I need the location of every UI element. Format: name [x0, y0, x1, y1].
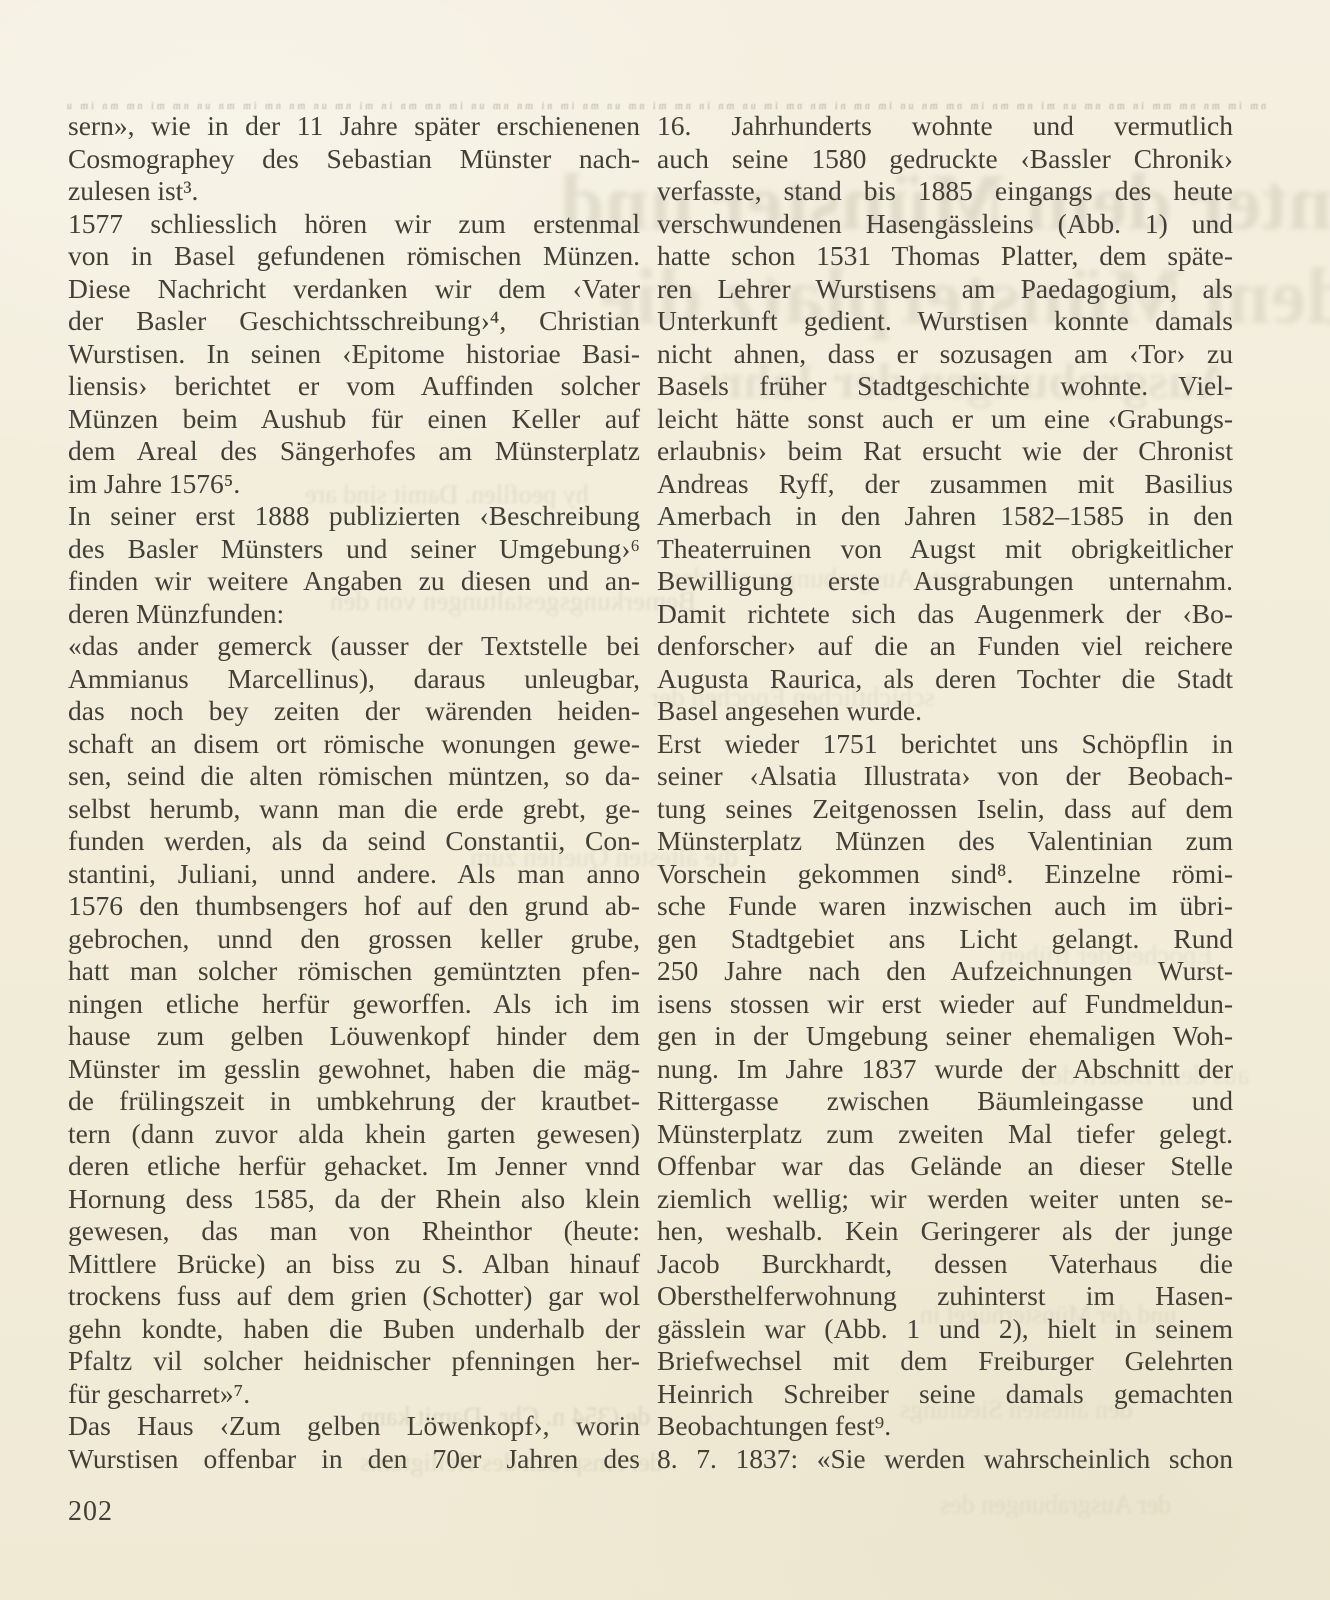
text-line: nicht ahnen, dass er sozusagen am ‹Tor› …: [657, 338, 1233, 371]
text-line: Offenbar war das Gelände an dieser Stell…: [657, 1150, 1233, 1183]
text-line: ziemlich wellig; wir werden weiter unten…: [657, 1183, 1233, 1216]
text-line: sern», wie in der 11 Jahre später erschi…: [68, 110, 640, 143]
text-line: gehn kondte, haben die Buben underhalb d…: [68, 1313, 640, 1346]
text-line: liensis› berichtet er vom Auffinden solc…: [68, 370, 640, 403]
paragraph: Erst wieder 1751 berichtet uns Schöpflin…: [657, 728, 1233, 1443]
text-line: 1576 den thumbsengers hof auf den grund …: [68, 890, 640, 923]
text-line: nung. Im Jahre 1837 wurde der Abschnitt …: [657, 1053, 1233, 1086]
text-line: des Basler Münsters und seiner Umgebung›…: [68, 533, 640, 566]
text-line: Münsterplatz Münzen des Valentinian zum: [657, 825, 1233, 858]
text-line: verschwundenen Hasengässleins (Abb. 1) u…: [657, 208, 1233, 241]
text-line: im Jahre 1576⁵.: [68, 468, 640, 501]
text-line: In seiner erst 1888 publizierten ‹Beschr…: [68, 500, 640, 533]
page-number: 202: [68, 1496, 113, 1528]
text-line: 8. 7. 1837: «Sie werden wahrscheinlich s…: [657, 1443, 1233, 1476]
text-column-right: 16. Jahrhunderts wohnte und vermutlichau…: [657, 110, 1233, 1475]
text-line: de frülingszeit in umbkehrung der krautb…: [68, 1085, 640, 1118]
text-line: für gescharret»⁷.: [68, 1378, 640, 1411]
text-line: trockens fuss auf dem grien (Schotter) g…: [68, 1280, 640, 1313]
text-line: Basel angesehen wurde.: [657, 695, 1233, 728]
text-line: 250 Jahre nach den Aufzeichnungen Wurst-: [657, 955, 1233, 988]
text-line: gen Stadtgebiet ans Licht gelangt. Rund: [657, 923, 1233, 956]
text-line: Briefwechsel mit dem Freiburger Gelehrte…: [657, 1345, 1233, 1378]
text-line: Das Haus ‹Zum gelben Löwenkopf›, worin: [68, 1410, 640, 1443]
text-line: von in Basel gefundenen römischen Münzen…: [68, 240, 640, 273]
text-line: gässlein war (Abb. 1 und 2), hielt in se…: [657, 1313, 1233, 1346]
text-line: Beobachtungen fest⁹.: [657, 1410, 1233, 1443]
text-line: auch seine 1580 gedruckte ‹Bassler Chron…: [657, 143, 1233, 176]
text-line: Münsterplatz zum zweiten Mal tiefer gele…: [657, 1118, 1233, 1151]
text-line: Münzen beim Aushub für einen Keller auf: [68, 403, 640, 436]
text-line: Erst wieder 1751 berichtet uns Schöpflin…: [657, 728, 1233, 761]
paragraph: «das ander gemerck (ausser der Textstell…: [68, 630, 640, 1410]
paragraph: 8. 7. 1837: «Sie werden wahrscheinlich s…: [657, 1443, 1233, 1476]
text-line: «das ander gemerck (ausser der Textstell…: [68, 630, 640, 663]
text-line: Obersthelferwohnung zuhinterst im Hasen-: [657, 1280, 1233, 1313]
text-line: Bewilligung erste Ausgrabungen unternahm…: [657, 565, 1233, 598]
text-line: Cosmographey des Sebastian Münster nach-: [68, 143, 640, 176]
text-column-left: sern», wie in der 11 Jahre später erschi…: [68, 110, 640, 1475]
text-line: 1577 schliesslich hören wir zum erstenma…: [68, 208, 640, 241]
text-line: hatt man solcher römischen gemüntzten pf…: [68, 955, 640, 988]
text-line: Theaterruinen von Augst mit obrigkeitlic…: [657, 533, 1233, 566]
text-line: gen in der Umgebung seiner ehemaligen Wo…: [657, 1020, 1233, 1053]
text-line: funden werden, als da seind Constantii, …: [68, 825, 640, 858]
text-line: Rittergasse zwischen Bäumleingasse und: [657, 1085, 1233, 1118]
text-line: Damit richtete sich das Augenmerk der ‹B…: [657, 598, 1233, 631]
text-line: schaft an disem ort römische wonungen ge…: [68, 728, 640, 761]
text-line: finden wir weitere Angaben zu diesen und…: [68, 565, 640, 598]
text-line: gewesen, das man von Rheinthor (heute:: [68, 1215, 640, 1248]
text-line: Münster im gesslin gewohnet, haben die m…: [68, 1053, 640, 1086]
paragraph: Das Haus ‹Zum gelben Löwenkopf›, worinWu…: [68, 1410, 640, 1475]
text-line: hatte schon 1531 Thomas Platter, dem spä…: [657, 240, 1233, 273]
text-line: tern (dann zuvor alda khein garten gewes…: [68, 1118, 640, 1151]
text-line: hen, weshalb. Kein Geringerer als der ju…: [657, 1215, 1233, 1248]
text-line: 16. Jahrhunderts wohnte und vermutlich: [657, 110, 1233, 143]
text-line: Wurstisen. In seinen ‹Epitome historiae …: [68, 338, 640, 371]
paragraph: In seiner erst 1888 publizierten ‹Beschr…: [68, 500, 640, 630]
text-line: Heinrich Schreiber seine damals gemachte…: [657, 1378, 1233, 1411]
paragraph: 16. Jahrhunderts wohnte und vermutlichau…: [657, 110, 1233, 728]
text-line: Ammianus Marcellinus), daraus unleugbar,: [68, 663, 640, 696]
text-line: Pfaltz vil solcher heidnischer pfenninge…: [68, 1345, 640, 1378]
text-line: erlaubnis› beim Rat ersucht wie der Chro…: [657, 435, 1233, 468]
text-line: Hornung dess 1585, da der Rhein also kle…: [68, 1183, 640, 1216]
paragraph: sern», wie in der 11 Jahre später erschi…: [68, 110, 640, 208]
text-line: dem Areal des Sängerhofes am Münsterplat…: [68, 435, 640, 468]
text-line: Wurstisen offenbar in den 70er Jahren de…: [68, 1443, 640, 1476]
text-line: sen, seind die alten römischen müntzen, …: [68, 760, 640, 793]
text-line: deren etliche herfür gehacket. Im Jenner…: [68, 1150, 640, 1183]
text-line: stantini, Juliani, unnd andere. Als man …: [68, 858, 640, 891]
text-line: denforscher› auf die an Funden viel reic…: [657, 630, 1233, 663]
text-line: ren Lehrer Wurstisens am Paedagogium, al…: [657, 273, 1233, 306]
text-line: tung seines Zeitgenossen Iselin, dass au…: [657, 793, 1233, 826]
text-line: sche Funde waren inzwischen auch im übri…: [657, 890, 1233, 923]
text-line: seiner ‹Alsatia Illustrata› von der Beob…: [657, 760, 1233, 793]
text-line: deren Münzfunden:: [68, 598, 640, 631]
text-line: verfasste, stand bis 1885 eingangs des h…: [657, 175, 1233, 208]
text-line: der Basler Geschichtsschreibung›⁴, Chris…: [68, 305, 640, 338]
text-line: Basels früher Stadtgeschichte wohnte. Vi…: [657, 370, 1233, 403]
text-line: hause zum gelben Löuwenkopf hinder dem: [68, 1020, 640, 1053]
text-line: Diese Nachricht verdanken wir dem ‹Vater: [68, 273, 640, 306]
text-line: das noch bey zeiten der wärenden heiden-: [68, 695, 640, 728]
ghost-text: der Ausgrabungen des: [940, 1490, 1171, 1520]
text-line: Andreas Ryff, der zusammen mit Basilius: [657, 468, 1233, 501]
text-line: selbst herumb, wann man die erde grebt, …: [68, 793, 640, 826]
text-line: Amerbach in den Jahren 1582–1585 in den: [657, 500, 1233, 533]
text-line: leicht hätte sonst auch er um eine ‹Grab…: [657, 403, 1233, 436]
text-line: Unterkunft gedient. Wurstisen konnte dam…: [657, 305, 1233, 338]
scanned-page: nm im mn nm mm in mn nm un mi nm mn im n…: [0, 0, 1330, 1600]
text-line: ningen etliche herfür geworffen. Als ich…: [68, 988, 640, 1021]
text-line: Jacob Burckhardt, dessen Vaterhaus die: [657, 1248, 1233, 1281]
text-line: isens stossen wir erst wieder auf Fundme…: [657, 988, 1233, 1021]
text-line: Augusta Raurica, als deren Tochter die S…: [657, 663, 1233, 696]
paragraph: 1577 schliesslich hören wir zum erstenma…: [68, 208, 640, 501]
text-line: Vorschein gekommen sind⁸. Einzelne römi-: [657, 858, 1233, 891]
text-line: gebrochen, unnd den grossen keller grube…: [68, 923, 640, 956]
text-line: zulesen ist³.: [68, 175, 640, 208]
text-line: Mittlere Brücke) an biss zu S. Alban hin…: [68, 1248, 640, 1281]
